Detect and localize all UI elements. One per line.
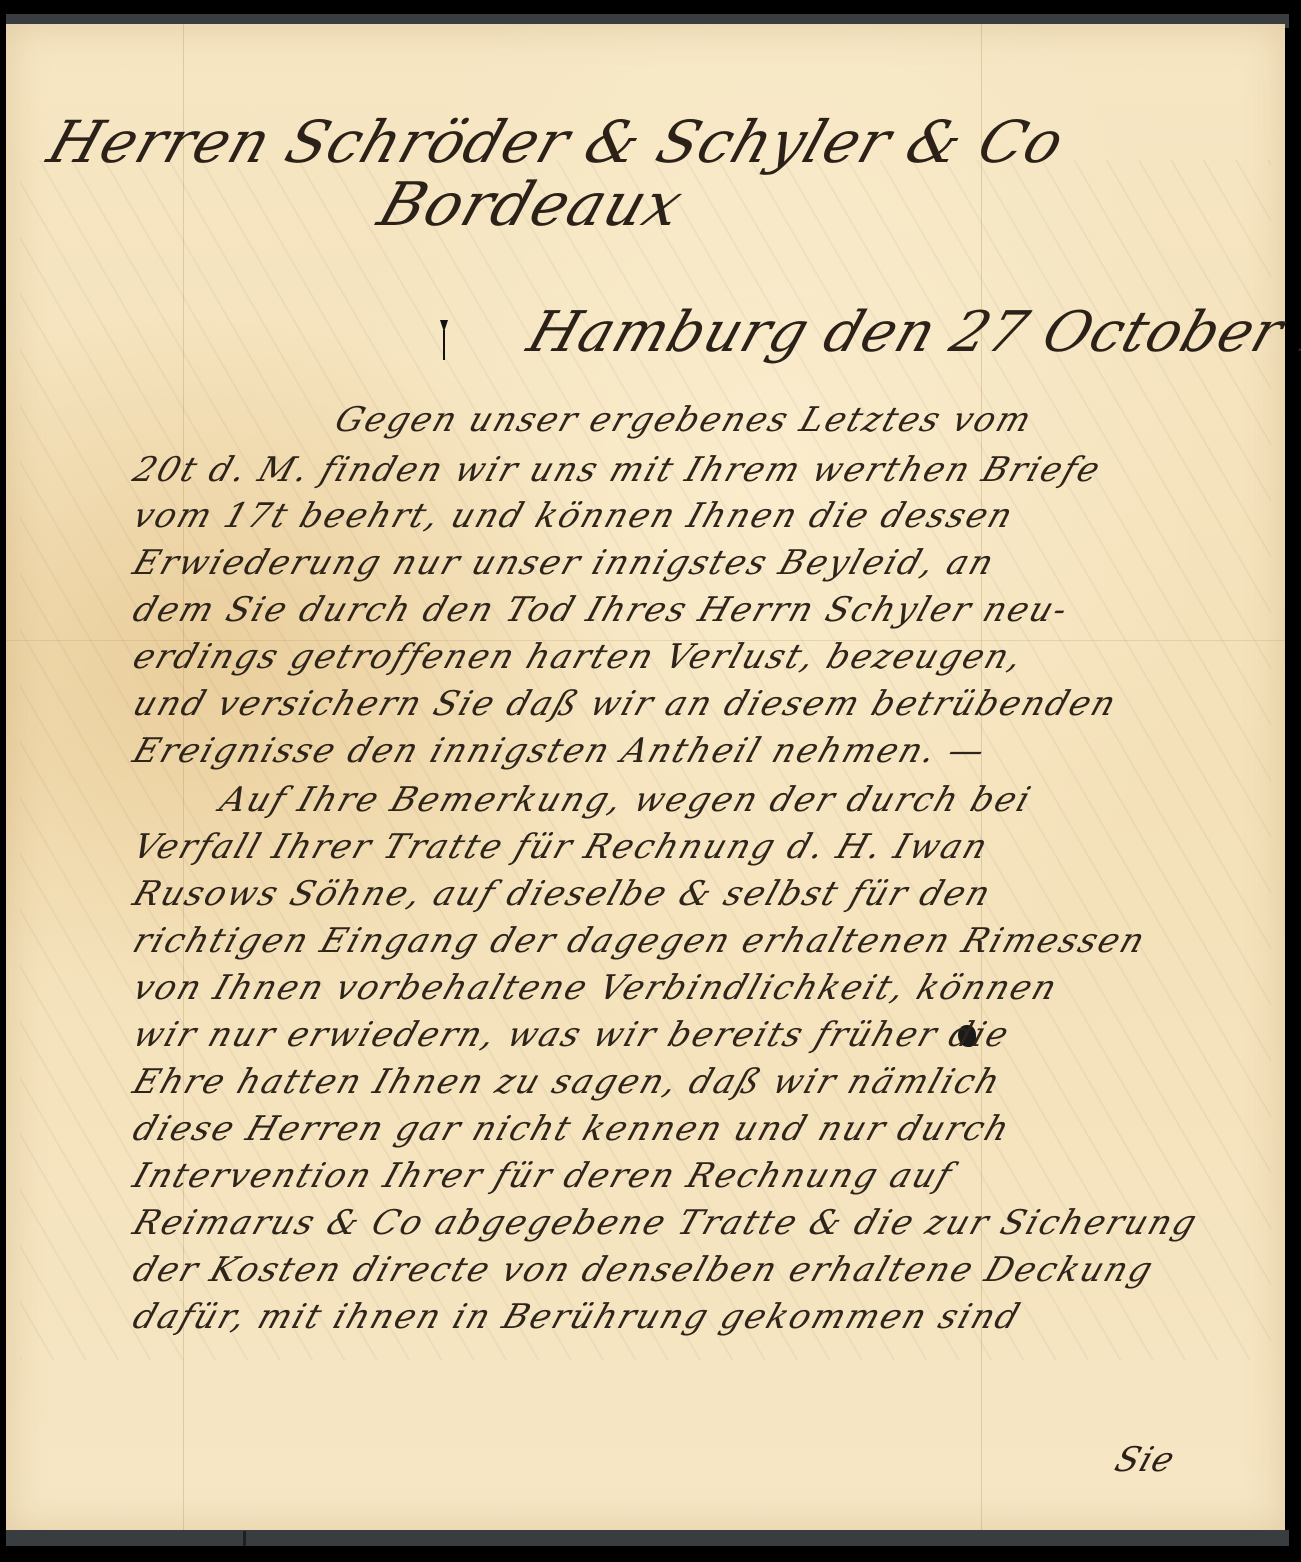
body-line: Intervention Ihrer für deren Rechnung au… <box>128 1156 958 1196</box>
body-line: 20t d. M. finden wir uns mit Ihrem werth… <box>128 450 1107 490</box>
ink-mark-icon <box>440 320 448 362</box>
body-line: von Ihnen vorbehaltene Verbindlichkeit, … <box>128 968 1063 1008</box>
body-line: dem Sie durch den Tod Ihres Herrn Schyle… <box>128 590 1074 630</box>
body-line: erdings getroffenen harten Verlust, beze… <box>128 637 1029 677</box>
body-line: diese Herren gar nicht kennen und nur du… <box>128 1109 1016 1149</box>
body-line: richtigen Eingang der dagegen erhaltenen… <box>128 921 1151 961</box>
body-line: wir nur erwiedern, was wir bereits frühe… <box>128 1015 1015 1055</box>
addressee-city: Bordeaux <box>370 170 692 240</box>
body-line: Verfall Ihrer Tratte für Rechnung d. H. … <box>128 827 994 867</box>
edge-mark <box>243 1531 246 1546</box>
body-line: Reimarus & Co abgegebene Tratte & die zu… <box>128 1203 1203 1243</box>
body-line: vom 17t beehrt, und können Ihnen die des… <box>128 496 1019 536</box>
body-line: dafür, mit ihnen in Berührung gekommen s… <box>128 1297 1026 1337</box>
body-line: Gegen unser ergebenes Letztes vom <box>330 400 1038 440</box>
body-line: Ehre hatten Ihnen zu sagen, daß wir näml… <box>128 1062 1007 1102</box>
scan-bottom-band <box>6 1530 1289 1546</box>
body-line: Rusows Söhne, auf dieselbe & selbst für … <box>128 874 997 914</box>
body-line: und versichern Sie daß wir an diesem bet… <box>128 684 1123 724</box>
date-line: Hamburg den 27 October 1826 <box>520 300 1301 365</box>
body-line: Auf Ihre Bemerkung, wegen der durch bei <box>215 780 1037 820</box>
body-line: Erwiederung nur unser innigstes Beyleid,… <box>128 543 1000 583</box>
addressee-line: Herren Schröder & Schyler & Co <box>40 108 1073 176</box>
body-line: Ereignisse den innigsten Antheil nehmen.… <box>128 731 992 771</box>
body-line: der Kosten directe von denselben erhalte… <box>128 1250 1159 1290</box>
